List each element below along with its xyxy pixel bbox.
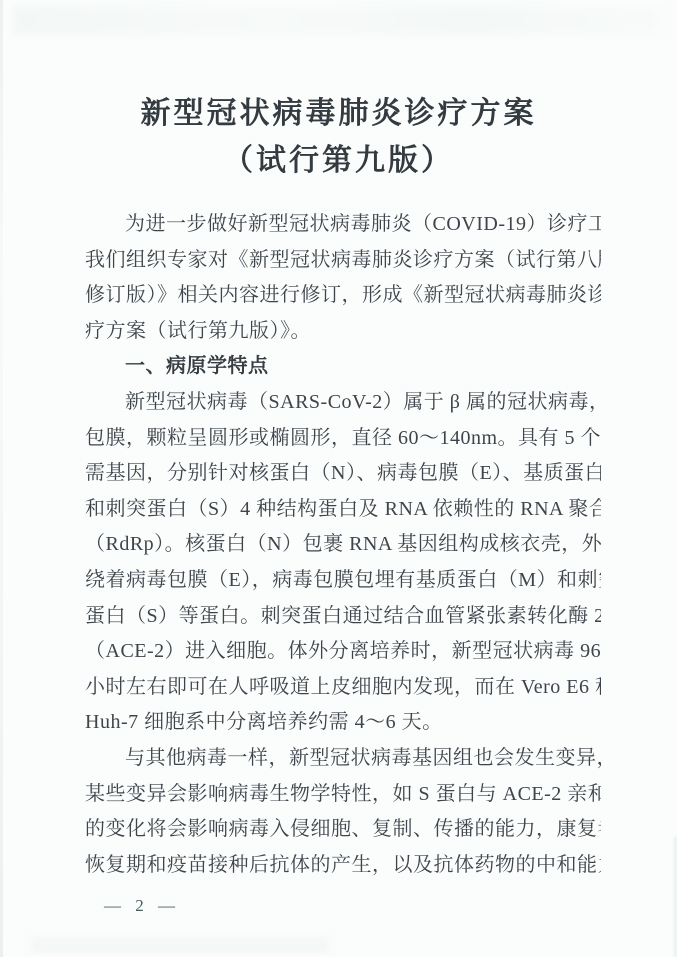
body-line: 与其他病毒一样，新型冠状病毒基因组也会发生变异，	[85, 741, 601, 777]
document-title-line2: （试行第九版）	[0, 137, 677, 184]
intro-line: 我们组织专家对《新型冠状病毒肺炎诊疗方案（试行第八版	[85, 243, 601, 279]
body-line: 的变化将会影响病毒入侵细胞、复制、传播的能力，康复者	[85, 812, 601, 848]
body-line: 包膜，颗粒呈圆形或椭圆形，直径 60～140nm。具有 5 个必	[85, 421, 601, 457]
intro-line: 疗方案（试行第九版）》。	[85, 314, 601, 350]
scan-artifact-top	[12, 6, 669, 36]
section-heading-pathogenic-features: 一、病原学特点	[85, 349, 601, 385]
scanned-document-page: 新型冠状病毒肺炎诊疗方案 （试行第九版） 为进一步做好新型冠状病毒肺炎（COVI…	[0, 0, 677, 957]
body-line: 小时左右即可在人呼吸道上皮细胞内发现，而在 Vero E6 和	[85, 670, 601, 706]
page-number: — 2 —	[104, 896, 180, 916]
body-line: 蛋白（S）等蛋白。刺突蛋白通过结合血管紧张素转化酶 2	[85, 599, 601, 635]
body-line: 恢复期和疫苗接种后抗体的产生，以及抗体药物的中和能力，	[85, 848, 601, 884]
body-line: （RdRp）。核蛋白（N）包裹 RNA 基因组构成核衣壳，外面围	[85, 527, 601, 563]
intro-line: 为进一步做好新型冠状病毒肺炎（COVID-19）诊疗工作，	[85, 207, 601, 243]
body-line: 某些变异会影响病毒生物学特性，如 S 蛋白与 ACE-2 亲和力	[85, 777, 601, 813]
intro-line: 修订版）》相关内容进行修订，形成《新型冠状病毒肺炎诊	[85, 278, 601, 314]
document-title: 新型冠状病毒肺炎诊疗方案 （试行第九版）	[0, 90, 677, 184]
body-line: （ACE-2）进入细胞。体外分离培养时，新型冠状病毒 96 个	[85, 634, 601, 670]
document-body: 为进一步做好新型冠状病毒肺炎（COVID-19）诊疗工作， 我们组织专家对《新型…	[85, 207, 601, 883]
body-line: 需基因，分别针对核蛋白（N）、病毒包膜（E）、基质蛋白（M）	[85, 456, 601, 492]
body-line: 新型冠状病毒（SARS-CoV-2）属于 β 属的冠状病毒，有	[85, 385, 601, 421]
body-line: Huh-7 细胞系中分离培养约需 4～6 天。	[85, 705, 601, 741]
body-line: 绕着病毒包膜（E），病毒包膜包埋有基质蛋白（M）和刺突	[85, 563, 601, 599]
body-line: 和刺突蛋白（S）4 种结构蛋白及 RNA 依赖性的 RNA 聚合酶	[85, 492, 601, 528]
document-title-line1: 新型冠状病毒肺炎诊疗方案	[0, 90, 677, 137]
scan-artifact-bottom	[30, 937, 330, 953]
